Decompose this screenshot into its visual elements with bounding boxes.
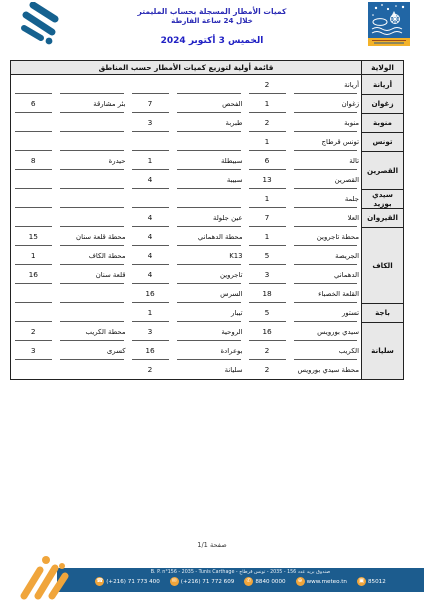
governorate-header: الولاية [362, 61, 404, 75]
station-name-cell: سبيبة [173, 170, 245, 189]
station-name-cell: K13 [173, 246, 245, 265]
governorate-cell: القصرين [362, 151, 404, 189]
governorate-cell: تونس [362, 132, 404, 151]
station-name-cell [56, 189, 128, 208]
station-name-cell: تاجروين [173, 265, 245, 284]
table-row: محطة سيدي بورويس2سليانة2 [11, 360, 404, 380]
page-number: صفحة 1/1 [0, 541, 424, 549]
rain-value-cell [11, 75, 56, 95]
rain-value-cell [11, 284, 56, 303]
station-name-cell: منوبة [290, 113, 362, 132]
table-row: أريانةأريانة2 [11, 75, 404, 95]
rain-value-cell: 1 [245, 189, 290, 208]
table-row: القلعة الخصباء18السرس16 [11, 284, 404, 303]
station-name-cell [173, 75, 245, 95]
station-name-cell: العلا [290, 208, 362, 227]
contact-label: 8840 0000 [255, 579, 285, 585]
station-name-cell: كسرى [56, 341, 128, 360]
rain-value-cell: 2 [245, 75, 290, 95]
station-name-cell [56, 208, 128, 227]
station-name-cell: محطة تاجروين [290, 227, 362, 246]
title-line-2: خلال 24 ساعة الفارطة [90, 16, 334, 25]
table-row: القيروانالعلا7عين جلولة4 [11, 208, 404, 227]
contact-item: ⊕www.meteo.tn [296, 577, 347, 586]
station-name-cell [56, 132, 128, 151]
station-name-cell: القصرين [290, 170, 362, 189]
station-name-cell: تستور [290, 303, 362, 322]
rain-value-cell: 15 [11, 227, 56, 246]
table-header-row: الولاية قائمة أولية لتوزيع كميات الأمطار… [11, 61, 404, 75]
rain-value-cell: 2 [11, 322, 56, 341]
rain-value-cell: 3 [245, 265, 290, 284]
station-name-cell: جلمة [290, 189, 362, 208]
station-name-cell [56, 170, 128, 189]
station-name-cell: محطة الكريب [56, 322, 128, 341]
rain-value-cell: 5 [245, 246, 290, 265]
rain-value-cell: 2 [245, 360, 290, 380]
rain-table-body: أريانةأريانة2زغوانزغوان1الفحص7بئر مشارقة… [11, 75, 404, 380]
station-name-cell [56, 360, 128, 380]
station-name-cell: السرس [173, 284, 245, 303]
station-name-cell: القلعة الخصباء [290, 284, 362, 303]
rain-drop-dot [46, 38, 53, 45]
station-name-cell [173, 132, 245, 151]
station-name-cell: بئر مشارقة [56, 94, 128, 113]
station-name-cell: الدهماني [290, 265, 362, 284]
rain-value-cell: 6 [245, 151, 290, 170]
rain-value-cell: 16 [245, 322, 290, 341]
web-icon: ⊕ [296, 577, 305, 586]
sms-icon: ▣ [357, 577, 366, 586]
contact-label: 85012 [368, 579, 386, 585]
governorate-cell: سليانة [362, 322, 404, 380]
rain-value-cell [11, 360, 56, 380]
contact-item: ☎(+216) 71 773 400 [95, 577, 160, 586]
governorate-cell: باجة [362, 303, 404, 322]
governorate-cell: زغوان [362, 94, 404, 113]
station-name-cell: محطة الدهماني [173, 227, 245, 246]
station-name-cell: أريانة [290, 75, 362, 95]
station-name-cell: محطة قلعة سنان [56, 227, 128, 246]
table-row: زغوانزغوان1الفحص7بئر مشارقة6 [11, 94, 404, 113]
governorate-cell: أريانة [362, 75, 404, 95]
rain-value-cell: 3 [128, 322, 173, 341]
rain-value-cell [128, 132, 173, 151]
station-name-cell: عين جلولة [173, 208, 245, 227]
station-name-cell: الروحية [173, 322, 245, 341]
rain-value-cell: 16 [128, 341, 173, 360]
contact-item: ▣85012 [357, 577, 386, 586]
rain-value-cell [11, 170, 56, 189]
rain-value-cell [11, 113, 56, 132]
rain-value-cell: 8 [11, 151, 56, 170]
station-name-cell: الجريصة [290, 246, 362, 265]
table-row: الكافمحطة تاجروين1محطة الدهماني4محطة قلع… [11, 227, 404, 246]
rain-value-cell: 7 [128, 94, 173, 113]
rain-value-cell [11, 132, 56, 151]
governorate-cell: منوبة [362, 113, 404, 132]
contact-list: ☎(+216) 71 773 400✉(+216) 71 772 609✆884… [57, 577, 424, 586]
contact-label: (+216) 71 773 400 [106, 579, 160, 585]
table-row: الدهماني3تاجروين4قلعة سنان16 [11, 265, 404, 284]
inm-rain-logo [16, 2, 64, 46]
station-name-cell [56, 303, 128, 322]
rain-value-cell: 4 [128, 227, 173, 246]
rain-value-cell: 2 [245, 113, 290, 132]
station-name-cell: محطة الكاف [56, 246, 128, 265]
rain-value-cell: 1 [245, 94, 290, 113]
rain-value-cell: 7 [245, 208, 290, 227]
table-row: الجريصة5K134محطة الكاف1 [11, 246, 404, 265]
rain-value-cell [11, 303, 56, 322]
table-row: تونستونس قرطاج1 [11, 132, 404, 151]
governorate-cell: سيدي بوزيد [362, 189, 404, 208]
footer-stripes-logo [10, 550, 96, 600]
station-name-cell: سليانة [173, 360, 245, 380]
logo-banner [368, 38, 410, 46]
rain-value-cell: 2 [245, 341, 290, 360]
rain-value-cell: 2 [128, 360, 173, 380]
table-row: القصرين13سبيبة4 [11, 170, 404, 189]
station-name-cell: الكريب [290, 341, 362, 360]
rain-value-cell: 1 [128, 151, 173, 170]
table-row: سليانةسيدي بورويس16الروحية3محطة الكريب2 [11, 322, 404, 341]
station-name-cell: تونس قرطاج [290, 132, 362, 151]
rain-value-cell: 1 [128, 303, 173, 322]
table-row: منوبةمنوبة2طبربة3 [11, 113, 404, 132]
rain-value-cell: 1 [245, 132, 290, 151]
station-name-cell: سيدي بورويس [290, 322, 362, 341]
rain-value-cell [128, 75, 173, 95]
rain-value-cell: 4 [128, 208, 173, 227]
rain-value-cell: 16 [128, 284, 173, 303]
report-date: الخميس 3 أكتوبر 2024 [90, 36, 334, 46]
station-name-cell: طبربة [173, 113, 245, 132]
list-header: قائمة أولية لتوزيع كميات الأمطار حسب الم… [11, 61, 362, 75]
callcenter-icon: ✆ [244, 577, 253, 586]
governorate-cell: القيروان [362, 208, 404, 227]
table-row: سيدي بوزيدجلمة1 [11, 189, 404, 208]
station-name-cell: زغوان [290, 94, 362, 113]
rain-value-cell: 4 [128, 265, 173, 284]
rain-value-cell [128, 189, 173, 208]
rain-value-cell: 6 [11, 94, 56, 113]
contact-item: ✆8840 0000 [244, 577, 285, 586]
rain-value-cell: 5 [245, 303, 290, 322]
phone-icon: ☎ [95, 577, 104, 586]
rain-value-cell: 4 [128, 170, 173, 189]
meteo-institute-logo [368, 2, 410, 46]
station-name-cell [173, 189, 245, 208]
rain-value-cell: 18 [245, 284, 290, 303]
postal-address: B. P. n°156 - 2035 - Tunis Carthage - صن… [57, 568, 424, 575]
station-name-cell: حيدرة [56, 151, 128, 170]
rain-value-cell: 1 [11, 246, 56, 265]
footer-contact-bar: B. P. n°156 - 2035 - Tunis Carthage - صن… [57, 568, 424, 592]
contact-item: ✉(+216) 71 772 609 [170, 577, 235, 586]
station-name-cell: محطة سيدي بورويس [290, 360, 362, 380]
station-name-cell [56, 75, 128, 95]
report-page: كميات الأمطار المسجلة بحساب المليمتر خلا… [0, 0, 424, 600]
rain-value-cell [11, 208, 56, 227]
fax-icon: ✉ [170, 577, 179, 586]
table-row: القصرينتالة6سبيطلة1حيدرة8 [11, 151, 404, 170]
rainfall-table: الولاية قائمة أولية لتوزيع كميات الأمطار… [10, 60, 404, 380]
contact-label: www.meteo.tn [307, 579, 347, 585]
station-name-cell: قلعة سنان [56, 265, 128, 284]
report-title: كميات الأمطار المسجلة بحساب المليمتر خلا… [90, 7, 334, 25]
contact-label: (+216) 71 772 609 [181, 579, 235, 585]
rain-value-cell: 13 [245, 170, 290, 189]
station-name-cell: بوعرادة [173, 341, 245, 360]
governorate-cell: الكاف [362, 227, 404, 303]
rain-value-cell: 1 [245, 227, 290, 246]
rain-value-cell: 16 [11, 265, 56, 284]
table-row: باجةتستور5تيبار1 [11, 303, 404, 322]
rain-value-cell: 3 [128, 113, 173, 132]
rain-value-cell: 4 [128, 246, 173, 265]
title-line-1: كميات الأمطار المسجلة بحساب المليمتر [90, 7, 334, 16]
rain-value-cell: 3 [11, 341, 56, 360]
station-name-cell [56, 113, 128, 132]
station-name-cell: تيبار [173, 303, 245, 322]
station-name-cell: الفحص [173, 94, 245, 113]
rain-value-cell [11, 189, 56, 208]
station-name-cell: تالة [290, 151, 362, 170]
station-name-cell: سبيطلة [173, 151, 245, 170]
table-row: الكريب2بوعرادة16كسرى3 [11, 341, 404, 360]
station-name-cell [56, 284, 128, 303]
